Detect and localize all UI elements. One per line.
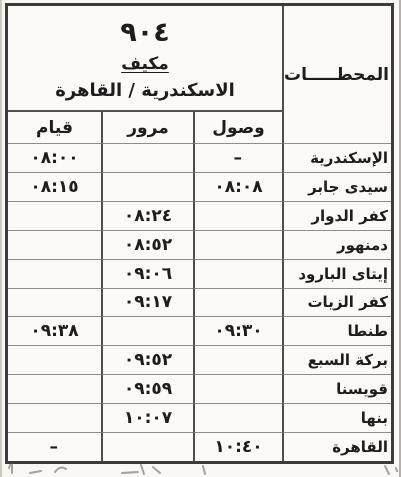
scanned-timetable-page: { "train_header": { "number": "٩٠٤", "cl… bbox=[0, 0, 401, 477]
passing-time: ١٠:٠٧ bbox=[101, 403, 193, 432]
train-number: ٩٠٤ bbox=[120, 17, 169, 48]
train-route: الاسكندرية / القاهرة bbox=[55, 80, 235, 101]
passing-time: ٠٨:٢٤ bbox=[101, 201, 193, 230]
passing-time: ٠٩:٥٩ bbox=[101, 374, 193, 403]
stations-column-header: المحطـــــات bbox=[282, 6, 391, 143]
passing-time bbox=[101, 316, 193, 345]
station-name: دمنهور bbox=[282, 230, 391, 259]
station-name: سيدى جابر bbox=[282, 172, 391, 201]
departure-time bbox=[8, 403, 101, 432]
passing-time: ٠٩:١٧ bbox=[101, 288, 193, 317]
arrival-time: – bbox=[193, 143, 282, 172]
arrival-time bbox=[193, 201, 282, 230]
arrival-time: ١٠:٤٠ bbox=[193, 432, 282, 461]
handwritten-marks-cutoff bbox=[0, 463, 401, 477]
station-name: القاهرة bbox=[282, 432, 391, 461]
page-edge-left-artifact bbox=[0, 0, 2, 477]
train-class-label: مكيف bbox=[121, 54, 169, 74]
departure-time: ٠٨:١٥ bbox=[8, 172, 101, 201]
station-name: بنها bbox=[282, 403, 391, 432]
passing-time bbox=[101, 432, 193, 461]
departure-time: – bbox=[8, 432, 101, 461]
train-timetable: المحطـــــات ٩٠٤ مكيف الاسكندرية / القاه… bbox=[5, 3, 394, 464]
departure-time bbox=[8, 345, 101, 374]
departure-time bbox=[8, 374, 101, 403]
arrival-time bbox=[193, 259, 282, 288]
column-header-arrival: وصول bbox=[193, 110, 282, 143]
departure-time bbox=[8, 230, 101, 259]
arrival-time bbox=[193, 345, 282, 374]
passing-time: ٠٩:٥٢ bbox=[101, 345, 193, 374]
departure-time: ٠٨:٠٠ bbox=[8, 143, 101, 172]
passing-time: ٠٩:٠٦ bbox=[101, 259, 193, 288]
arrival-time bbox=[193, 288, 282, 317]
passing-time bbox=[101, 143, 193, 172]
station-name: كفر الدوار bbox=[282, 201, 391, 230]
arrival-time bbox=[193, 403, 282, 432]
arrival-time: ٠٩:٣٠ bbox=[193, 316, 282, 345]
train-info-header: ٩٠٤ مكيف الاسكندرية / القاهرة bbox=[8, 6, 282, 110]
departure-time bbox=[8, 259, 101, 288]
station-name: كفر الزيات bbox=[282, 288, 391, 317]
departure-time bbox=[8, 288, 101, 317]
station-name: قويسنا bbox=[282, 374, 391, 403]
departure-time bbox=[8, 201, 101, 230]
arrival-time bbox=[193, 230, 282, 259]
arrival-time: ٠٨:٠٨ bbox=[193, 172, 282, 201]
station-name: بركة السبع bbox=[282, 345, 391, 374]
station-name: الإسكندرية bbox=[282, 143, 391, 172]
station-name: طنطا bbox=[282, 316, 391, 345]
departure-time: ٠٩:٣٨ bbox=[8, 316, 101, 345]
passing-time bbox=[101, 172, 193, 201]
column-header-departure: قيام bbox=[8, 110, 101, 143]
column-header-passing: مرور bbox=[101, 110, 193, 143]
passing-time: ٠٨:٥٢ bbox=[101, 230, 193, 259]
station-name: إيتاى البارود bbox=[282, 259, 391, 288]
arrival-time bbox=[193, 374, 282, 403]
